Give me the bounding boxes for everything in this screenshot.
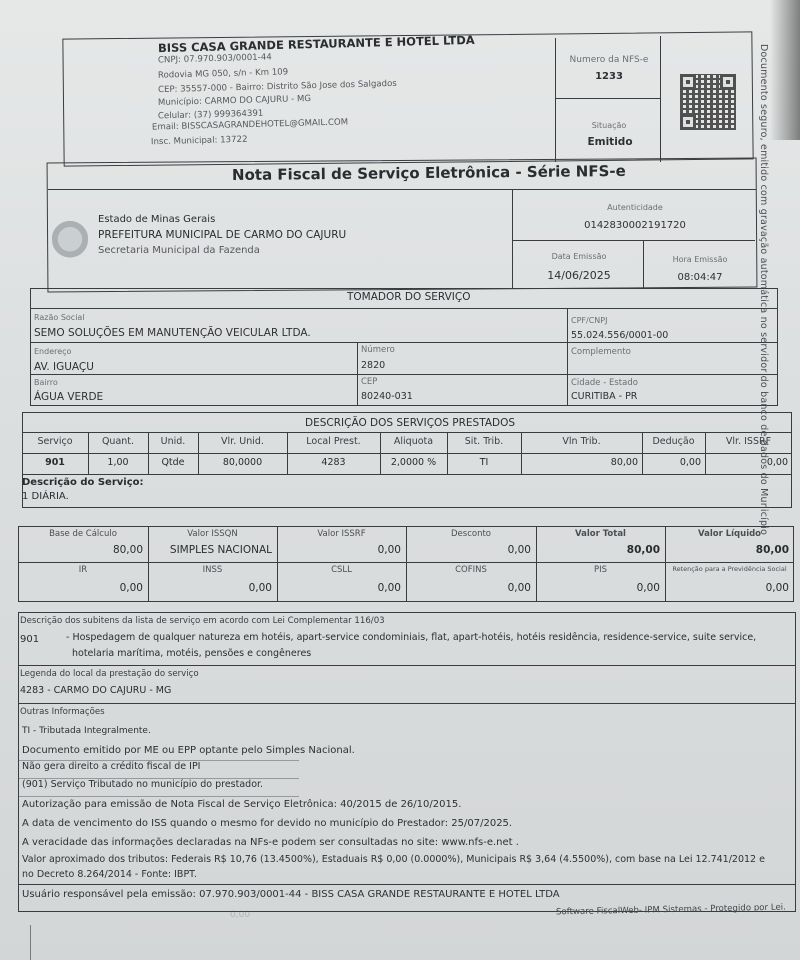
total-value: 0,00: [406, 544, 531, 556]
complemento-label: Complemento: [571, 348, 631, 358]
hora-emissao: 08:04:47: [645, 272, 755, 284]
divider: [567, 309, 568, 405]
bairro: ÁGUA VERDE: [34, 391, 103, 403]
column-header: Vlr. Unid.: [198, 437, 287, 448]
page-shadow: [770, 0, 800, 140]
divider: [556, 98, 660, 99]
column-header: Vlr. ISSRF: [705, 437, 792, 448]
table-cell: TI: [447, 458, 521, 469]
table-cell: 0,00: [642, 458, 701, 469]
divider: [48, 189, 756, 190]
table-cell: 4283: [287, 458, 380, 469]
total-value: 0,00: [277, 582, 401, 594]
column-header: Serviço: [22, 437, 88, 448]
total-label: INSS: [148, 566, 277, 576]
subitens-line-2: hotelaria marítima, motéis, pensões e co…: [72, 649, 311, 660]
total-label: Valor ISSRF: [277, 530, 406, 540]
divider: [19, 778, 299, 779]
nfse-status-label: Situação: [560, 121, 658, 130]
subitens-code: 901: [20, 634, 39, 646]
divider: [555, 38, 556, 162]
column-header: Unid.: [148, 437, 198, 448]
outras-informacoes-line: no Decreto 8.264/2014 - Fonte: IBPT.: [22, 870, 197, 881]
outras-informacoes-label: Outras Informações: [20, 708, 105, 718]
autenticidade-label: Autenticidade: [515, 203, 755, 212]
total-label: Valor Total: [536, 530, 665, 540]
total-value: 80,00: [18, 544, 143, 556]
total-value: 80,00: [536, 544, 660, 556]
divider: [19, 884, 795, 885]
column-header: Dedução: [642, 437, 705, 448]
outras-informacoes-line: (901) Serviço Tributado no município do …: [22, 780, 263, 791]
outras-informacoes-line: Não gera direito a crédito fiscal de IPI: [22, 762, 201, 773]
table-cell: 0,00: [705, 458, 788, 469]
column-header: Aliquota: [380, 437, 447, 448]
cpf-cnpj-label: CPF/CNPJ: [571, 316, 607, 325]
local-prestacao-label: Legenda do local da prestação do serviço: [20, 670, 199, 680]
divider: [512, 190, 513, 288]
razao-social: SEMO SOLUÇÕES EM MANUTENÇÃO VEICULAR LTD…: [34, 327, 311, 339]
divider: [31, 342, 777, 343]
cidade-estado-label: Cidade - Estado: [571, 379, 638, 389]
divider: [19, 703, 795, 704]
divider: [30, 925, 31, 960]
total-value: 0,00: [536, 582, 660, 594]
outras-informacoes-line: Valor aproximado dos tributos: Federais …: [22, 855, 765, 866]
table-cell: 2,0000 %: [380, 458, 447, 469]
razao-social-label: Razão Social: [34, 313, 85, 322]
table-cell: 901: [22, 458, 88, 469]
total-value: 0,00: [406, 582, 531, 594]
endereco: AV. IGUAÇU: [34, 361, 94, 373]
cep-label: CEP: [361, 378, 377, 388]
total-value: 0,00: [18, 582, 143, 594]
bleed-through-text: 0,00: [230, 910, 250, 920]
descricao-servico-label: Descrição do Serviço:: [22, 477, 144, 489]
total-label: Base de Cálculo: [18, 530, 148, 540]
total-label: Desconto: [406, 530, 536, 540]
local-prestacao: 4283 - CARMO DO CAJURU - MG: [20, 686, 171, 697]
bairro-label: Bairro: [34, 378, 58, 387]
cpf-cnpj: 55.024.556/0001-00: [571, 331, 668, 342]
qr-code-icon[interactable]: [680, 74, 736, 130]
outras-informacoes-line: TI - Tributada Integralmente.: [22, 726, 151, 736]
endereco-label: Endereço: [34, 347, 71, 356]
servicos-section-title: DESCRIÇÃO DOS SERVIÇOS PRESTADOS: [305, 417, 515, 429]
prefeitura-secretaria: Secretaria Municipal da Fazenda: [98, 245, 260, 257]
descricao-servico: 1 DIÁRIA.: [22, 491, 69, 503]
nfse-status: Emitido: [560, 136, 660, 148]
column-header: Quant.: [88, 437, 148, 448]
outras-informacoes-line: A veracidade das informações declaradas …: [22, 837, 519, 849]
tomador-section-title: TOMADOR DO SERVIÇO: [347, 291, 471, 303]
coat-of-arms-icon: [52, 215, 88, 259]
divider: [23, 474, 791, 475]
divider: [643, 241, 644, 289]
subitens-line-1: - Hospedagem de qualquer natureza em hot…: [66, 633, 756, 644]
prefeitura-estado: Estado de Minas Gerais: [98, 214, 215, 226]
total-value: 0,00: [148, 582, 272, 594]
table-cell: Qtde: [148, 458, 198, 469]
nfse-number-label: Numero da NFS-e: [560, 55, 658, 65]
numero: 2820: [361, 361, 385, 372]
cep: 80240-031: [361, 392, 413, 403]
total-value: 0,00: [665, 582, 789, 594]
nfse-number: 1233: [560, 71, 658, 83]
divider: [19, 665, 795, 666]
total-label: CSLL: [277, 566, 406, 576]
prefeitura-name: PREFEITURA MUNICIPAL DE CARMO DO CAJURU: [98, 229, 346, 241]
total-label: PIS: [536, 566, 665, 576]
column-header: Local Prest.: [287, 437, 380, 448]
outras-informacoes-line: A data de vencimento do ISS quando o mes…: [22, 818, 512, 830]
divider: [513, 240, 755, 241]
table-cell: 80,0000: [198, 458, 287, 469]
hora-emissao-label: Hora Emissão: [645, 255, 755, 264]
column-header: Vln Trib.: [521, 437, 642, 448]
outras-informacoes-line: Autorização para emissão de Nota Fiscal …: [22, 799, 461, 811]
autenticidade-value: 0142830002191720: [515, 220, 755, 232]
tomador-box: [30, 288, 778, 406]
divider: [660, 36, 661, 162]
table-cell: 1,00: [88, 458, 148, 469]
outras-informacoes-line: Usuário responsável pela emissão: 07.970…: [22, 889, 560, 901]
total-value: SIMPLES NACIONAL: [148, 544, 272, 556]
divider: [23, 453, 791, 454]
divider: [31, 308, 777, 309]
total-label: Retenção para a Previdência Social: [665, 566, 794, 573]
data-emissao: 14/06/2025: [515, 270, 643, 283]
divider: [23, 432, 791, 433]
total-label: COFINS: [406, 566, 536, 576]
total-label: Valor ISSQN: [148, 530, 277, 540]
divider: [19, 760, 299, 761]
divider: [19, 796, 299, 797]
total-label: IR: [18, 566, 148, 576]
numero-label: Número: [361, 346, 395, 356]
cidade-estado: CURITIBA - PR: [571, 392, 637, 403]
outras-informacoes-line: Documento emitido por ME ou EPP optante …: [22, 745, 355, 757]
data-emissao-label: Data Emissão: [515, 252, 643, 261]
subitens-label: Descrição dos subitens da lista de servi…: [20, 617, 385, 627]
table-cell: 80,00: [521, 458, 638, 469]
total-label: Valor Líquido: [665, 530, 794, 540]
total-value: 0,00: [277, 544, 401, 556]
column-header: Sit. Trib.: [447, 437, 521, 448]
divider: [31, 374, 777, 375]
total-value: 80,00: [665, 544, 789, 556]
